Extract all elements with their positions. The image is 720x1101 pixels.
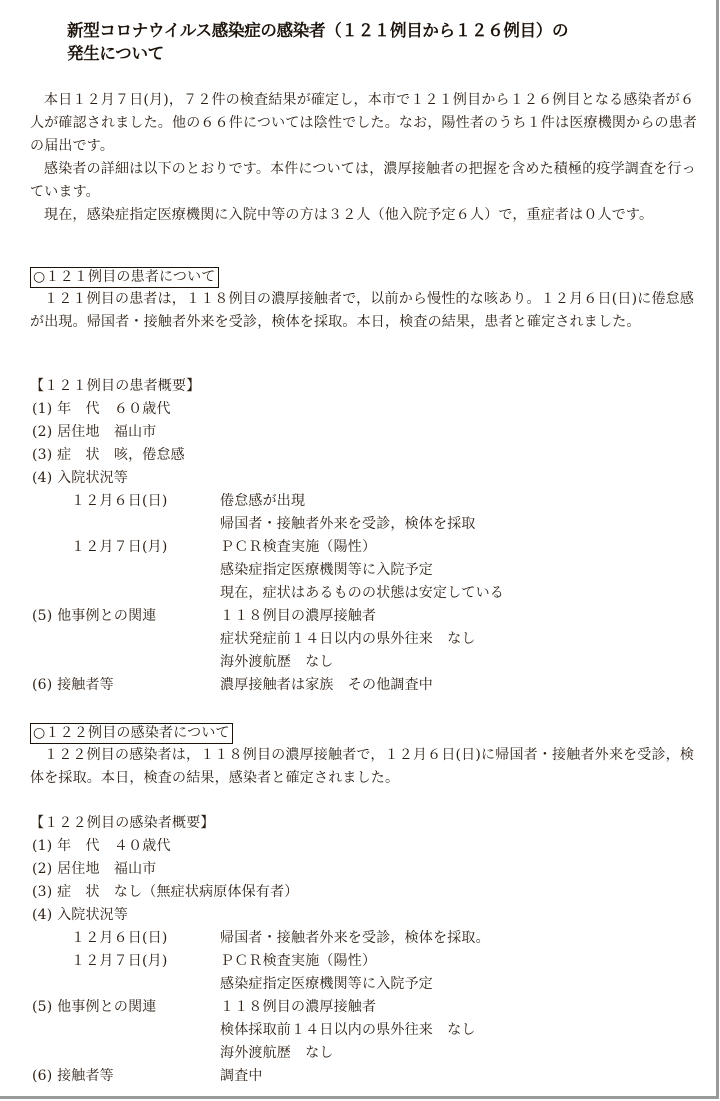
document-title: 新型コロナウイルス感染症の感染者（１２１例目から１２６例目）の 発生について (67, 19, 687, 65)
case121-contacts: 濃厚接触者は家族 その他調査中 (220, 674, 433, 696)
case122-relation-label: (5) 他事例との関連 (32, 996, 156, 1018)
case121-description: １２１例目の患者は，１１８例目の濃厚接触者で，以前から慢性的な咳あり。１２月６日… (30, 288, 702, 334)
case121-symptoms: (3) 症 状 咳，倦怠感 (32, 444, 185, 466)
case121-event: 倦怠感が出現 (220, 490, 305, 512)
case121-residence: (2) 居住地 福山市 (32, 421, 156, 443)
case121-summary-heading: 【１２１例目の患者概要】 (30, 375, 200, 397)
case121-relation: １１８例目の濃厚接触者 (220, 605, 376, 627)
case121-event: 現在，症状はあるものの状態は安定している (220, 582, 504, 604)
case122-event: ＰＣＲ検査実施（陽性） (220, 950, 376, 972)
intro-paragraph: 本日１２月７日(月)，７２件の検査結果が確定し，本市で１２１例目から１２６例目と… (30, 89, 702, 158)
case122-hospital-label: (4) 入院状況等 (32, 904, 128, 926)
case122-relation: 海外渡航歴 なし (220, 1042, 334, 1064)
case122-date: １２月６日(日) (71, 927, 168, 949)
case121-date: １２月７日(月) (71, 536, 168, 558)
case121-relation: 症状発症前１４日以内の県外往来 なし (220, 628, 476, 650)
case121-event: 帰国者・接触者外来を受診，検体を採取 (220, 513, 476, 535)
case121-event: 感染症指定医療機関等に入院予定 (220, 559, 433, 581)
title-line-1: 新型コロナウイルス感染症の感染者（１２１例目から１２６例目）の (67, 19, 687, 42)
case121-heading: ○１２１例目の患者について (30, 267, 219, 288)
intro-section: 本日１２月７日(月)，７２件の検査結果が確定し，本市で１２１例目から１２６例目と… (30, 89, 702, 227)
case121-hospital-label: (4) 入院状況等 (32, 467, 128, 489)
case122-date: １２月７日(月) (71, 950, 168, 972)
case122-heading: ○１２２例目の感染者について (30, 723, 233, 744)
case122-contacts: 調査中 (220, 1065, 263, 1087)
case121-relation-label: (5) 他事例との関連 (32, 605, 156, 627)
case122-relation: 検体採取前１４日以内の県外往来 なし (220, 1019, 476, 1041)
case121-description-block: １２１例目の患者は，１１８例目の濃厚接触者で，以前から慢性的な咳あり。１２月６日… (30, 288, 702, 334)
title-line-2: 発生について (67, 42, 687, 65)
case121-relation: 海外渡航歴 なし (220, 651, 334, 673)
case122-symptoms: (3) 症 状 なし（無症状病原体保有者） (32, 881, 298, 903)
case122-relation: １１８例目の濃厚接触者 (220, 996, 376, 1018)
page-border-bottom (0, 1096, 719, 1099)
case122-description: １２２例目の感染者は，１１８例目の濃厚接触者で，１２月６日(日)に帰国者・接触者… (30, 744, 702, 790)
case122-residence: (2) 居住地 福山市 (32, 858, 156, 880)
case122-age: (1) 年 代 ４０歳代 (32, 835, 171, 857)
case121-age: (1) 年 代 ６０歳代 (32, 398, 171, 420)
case122-summary-heading: 【１２２例目の感染者概要】 (30, 812, 215, 834)
case122-event: 感染症指定医療機関等に入院予定 (220, 973, 433, 995)
case121-date: １２月６日(日) (71, 490, 168, 512)
case121-event: ＰＣＲ検査実施（陽性） (220, 536, 376, 558)
intro-paragraph: 感染者の詳細は以下のとおりです。本件については，濃厚接触者の把握を含めた積極的疫… (30, 158, 702, 204)
case122-description-block: １２２例目の感染者は，１１８例目の濃厚接触者で，１２月６日(日)に帰国者・接触者… (30, 744, 702, 790)
case122-contacts-label: (6) 接触者等 (32, 1065, 114, 1087)
page-border-right (716, 0, 719, 1099)
intro-paragraph: 現在，感染症指定医療機関に入院中等の方は３２人（他入院予定６人）で，重症者は０人… (30, 204, 702, 227)
case121-contacts-label: (6) 接触者等 (32, 674, 114, 696)
case122-event: 帰国者・接触者外来を受診，検体を採取。 (220, 927, 490, 949)
